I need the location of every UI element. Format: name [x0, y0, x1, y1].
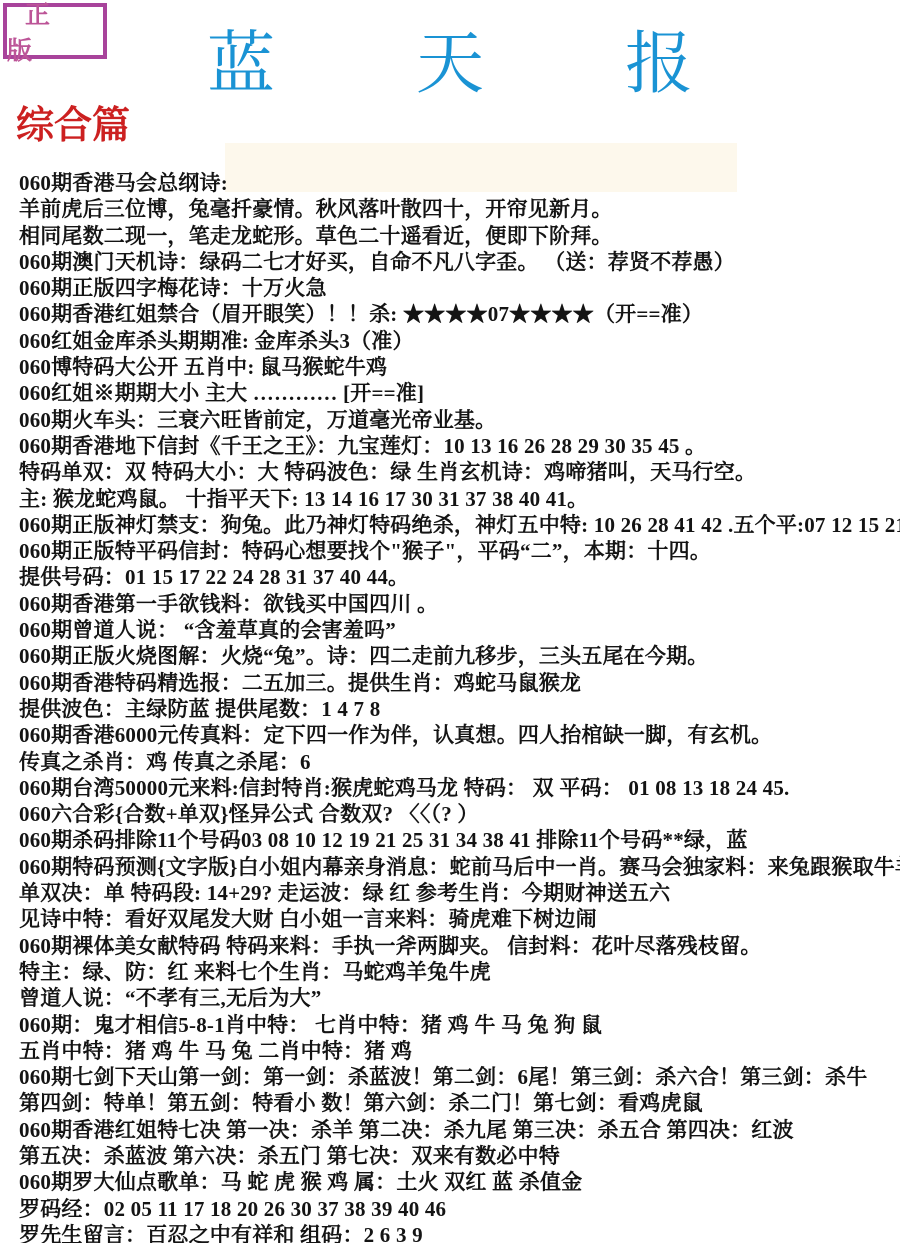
report-line: 060期曾道人说： “含羞草真的会害羞吗” — [19, 617, 900, 643]
report-line: 060期杀码排除11个号码03 08 10 12 19 21 25 31 34 … — [19, 827, 900, 853]
report-line: 060期正版四字梅花诗：十万火急 — [19, 275, 900, 301]
report-line: 060期香港马会总纲诗: — [19, 170, 900, 196]
report-line: 060期台湾50000元来料:信封特肖:猴虎蛇鸡马龙 特码： 双 平码： 01 … — [19, 775, 900, 801]
report-line: 提供波色：主绿防蓝 提供尾数：1 4 7 8 — [19, 696, 900, 722]
lottery-report-page: 正 版 蓝 天 报 综合篇 060期香港马会总纲诗:羊前虎后三位博，兔毫扦豪情。… — [0, 0, 900, 1243]
report-line: 五肖中特：猪 鸡 牛 马 兔 二肖中特：猪 鸡 — [19, 1038, 900, 1064]
report-line: 罗码经：02 05 11 17 18 20 26 30 37 38 39 40 … — [19, 1196, 900, 1222]
report-line: 特主：绿、防：红 来料七个生肖：马蛇鸡羊兔牛虎 — [19, 959, 900, 985]
report-line: 060期澳门天机诗：绿码二七才好买，自命不凡八字歪。 （送：荐贤不荐愚） — [19, 249, 900, 275]
report-line: 060红姐金库杀头期期准: 金库杀头3（准） — [19, 328, 900, 354]
report-line: 见诗中特：看好双尾发大财 白小姐一言来料：骑虎难下树边闹 — [19, 906, 900, 932]
report-line: 曾道人说：“不孝有三,无后为大” — [19, 985, 900, 1011]
report-line: 060期香港第一手欲钱料：欲钱买中国四川 。 — [19, 591, 900, 617]
report-line: 060期：鬼才相信5-8-1肖中特： 七肖中特：猪 鸡 牛 马 兔 狗 鼠 — [19, 1012, 900, 1038]
report-line: 060期正版神灯禁支：狗兔。此乃神灯特码绝杀，神灯五中特: 10 26 28 4… — [19, 512, 900, 538]
report-line: 罗先生留言：百忍之中有祥和 组码：2 6 3 9 — [19, 1222, 900, 1243]
report-line: 060期七剑下天山第一剑：第一剑：杀蓝波！第二剑：6尾！第三剑：杀六合！第三剑：… — [19, 1064, 900, 1090]
report-line: 060期罗大仙点歌单：马 蛇 虎 猴 鸡 属：土火 双红 蓝 杀值金 — [19, 1169, 900, 1195]
report-line: 特码单双：双 特码大小：大 特码波色：绿 生肖玄机诗：鸡啼猪叫，天马行空。 — [19, 459, 900, 485]
report-line: 060期裸体美女献特码 特码来料：手执一斧两脚夹。 信封料：花叶尽落残枝留。 — [19, 933, 900, 959]
report-line: 060期香港6000元传真料：定下四一作为伴，认真想。四人抬棺缺一脚，有玄机。 — [19, 722, 900, 748]
page-title: 蓝 天 报 — [0, 10, 900, 107]
report-line: 单双决：单 特码段: 14+29? 走运波：绿 红 参考生肖：今期财神送五六 — [19, 880, 900, 906]
report-line: 060期香港特码精选报：二五加三。提供生肖：鸡蛇马鼠猴龙 — [19, 670, 900, 696]
report-line: 060期香港红姐禁合（眉开眼笑）！！杀: ★★★★07★★★★（开==准） — [19, 301, 900, 327]
report-line: 060期正版特平码信封：特码心想要找个"猴子"，平码“二”，本期：十四。 — [19, 538, 900, 564]
report-line: 提供号码：01 15 17 22 24 28 31 37 40 44。 — [19, 564, 900, 590]
report-line: 第五决：杀蓝波 第六决：杀五门 第七决：双来有数必中特 — [19, 1143, 900, 1169]
report-line: 传真之杀肖：鸡 传真之杀尾：6 — [19, 749, 900, 775]
report-lines: 060期香港马会总纲诗:羊前虎后三位博，兔毫扦豪情。秋风落叶散四十，开帘见新月。… — [19, 170, 900, 1243]
report-line: 第四剑：特单！第五剑：特看小 数！第六剑：杀二门！第七剑：看鸡虎鼠 — [19, 1090, 900, 1116]
report-line: 060期特码预测{文字版}白小姐内幕亲身消息：蛇前马后中一肖。赛马会独家料：来兔… — [19, 854, 900, 880]
report-line: 相同尾数二现一，笔走龙蛇形。草色二十遥看近，便即下阶拜。 — [19, 223, 900, 249]
report-line: 060六合彩{合数+单双}怪异公式 合数双? 〈〈（? ） — [19, 801, 900, 827]
report-line: 主: 猴龙蛇鸡鼠。 十指平天下: 13 14 16 17 30 31 37 38… — [19, 486, 900, 512]
report-line: 060期香港地下信封《千王之王》：九宝莲灯：10 13 16 26 28 29 … — [19, 433, 900, 459]
report-line: 060期香港红姐特七决 第一决：杀羊 第二决：杀九尾 第三决：杀五合 第四决：红… — [19, 1117, 900, 1143]
report-line: 060期火车头：三衰六旺皆前定，万道毫光帝业基。 — [19, 407, 900, 433]
report-line: 060红姐※期期大小 主大 ………… [开==准] — [19, 380, 900, 406]
section-title: 综合篇 — [16, 94, 130, 149]
report-line: 羊前虎后三位博，兔毫扦豪情。秋风落叶散四十，开帘见新月。 — [19, 196, 900, 222]
report-line: 060期正版火烧图解：火烧“兔”。诗：四二走前九移步，三头五尾在今期。 — [19, 643, 900, 669]
report-line: 060博特码大公开 五肖中: 鼠马猴蛇牛鸡 — [19, 354, 900, 380]
